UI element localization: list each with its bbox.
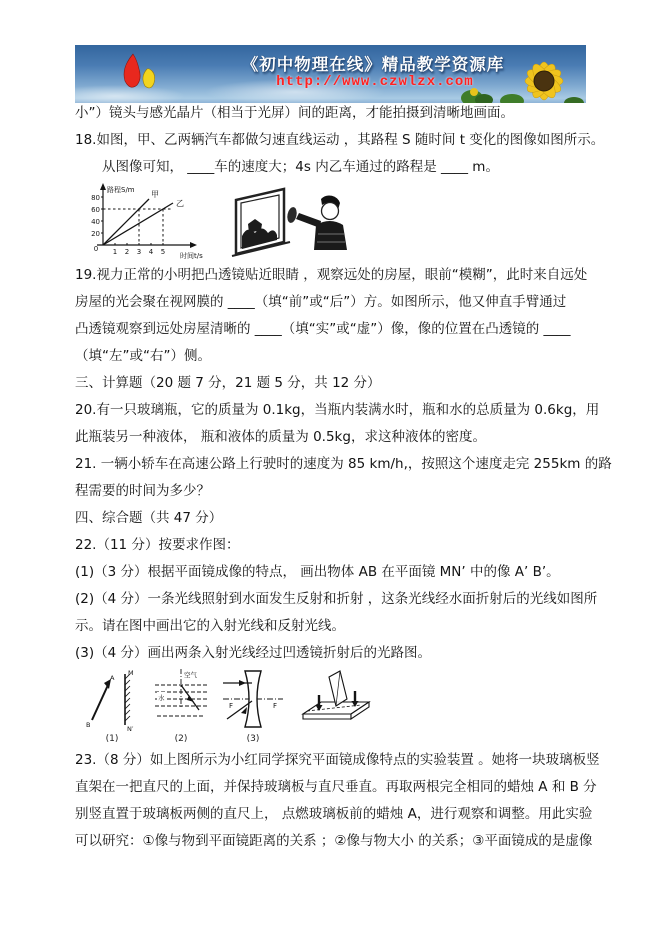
section-3-title: 三、计算题（20 题 7 分，21 题 5 分，共 12 分） bbox=[75, 370, 593, 397]
svg-text:20: 20 bbox=[91, 230, 100, 238]
graph-xlabel: 时间t/s bbox=[180, 251, 203, 260]
sunflower-image bbox=[498, 51, 584, 103]
site-logo-icon bbox=[117, 53, 161, 95]
svg-text:N′: N′ bbox=[127, 725, 134, 733]
exam-content: 小”）镜头与感光晶片（相当于光屏）间的距离，才能拍摄到清晰地画面。 18.如图，… bbox=[75, 100, 593, 855]
q23-apparatus-figure bbox=[299, 670, 373, 732]
q18-distance-time-graph: 80 60 40 20 1 2 3 4 5 0 bbox=[83, 181, 218, 262]
graph-ylabel: 路程S/m bbox=[107, 185, 135, 194]
text-line-q19-3: 凸透镜观察到远处房屋清晰的 ____（填“实”或“虚”）像，像的位置在凸透镜的 … bbox=[75, 316, 593, 343]
concave-lens-figure: F F bbox=[221, 667, 285, 733]
q18-q19-figure-row: 80 60 40 20 1 2 3 4 5 0 bbox=[75, 181, 593, 262]
svg-text:空气: 空气 bbox=[184, 670, 198, 679]
q19-lens-illustration bbox=[228, 184, 358, 262]
series-label-jia: 甲 bbox=[151, 190, 159, 199]
svg-text:80: 80 bbox=[91, 194, 100, 202]
svg-text:40: 40 bbox=[91, 218, 100, 226]
svg-text:水: 水 bbox=[158, 693, 165, 702]
text-line-q23-4: 可以研究：①像与物到平面镜距离的关系 ；②像与物大小 的关系；③平面镜成的是虚像 bbox=[75, 828, 593, 855]
text-line-q19-1: 19.视力正常的小明把凸透镜贴近眼睛 ，观察远处的房屋，眼前“模糊”，此时来自远… bbox=[75, 262, 593, 289]
svg-text:3: 3 bbox=[137, 248, 141, 256]
text-line-q19-2: 房屋的光会聚在视网膜的 ____（填“前”或“后”）方。如图所示，他又伸直手臂通… bbox=[75, 289, 593, 316]
svg-text:4: 4 bbox=[149, 248, 154, 256]
svg-text:F: F bbox=[229, 702, 233, 710]
text-line-q21-1: 21. 一辆小轿车在高速公路上行驶时的速度为 85 km/h,，按照这个速度走完… bbox=[75, 451, 593, 478]
text-line-q18-2: 从图像可知， ____车的速度大；4s 内乙车通过的路程是 ____ m。 bbox=[75, 154, 593, 181]
svg-text:B: B bbox=[86, 721, 90, 729]
series-label-yi: 乙 bbox=[176, 199, 184, 208]
text-line-q17-end: 小”）镜头与感光晶片（相当于光屏）间的距离，才能拍摄到清晰地画面。 bbox=[75, 100, 593, 127]
svg-text:5: 5 bbox=[161, 248, 165, 256]
svg-text:2: 2 bbox=[125, 248, 129, 256]
water-refraction-figure: 空气 水 bbox=[153, 667, 209, 733]
svg-text:1: 1 bbox=[113, 248, 117, 256]
text-line-q23-3: 别竖直置于玻璃板两侧的直尺上， 点燃玻璃板前的蜡烛 A，进行观察和调整。用此实验 bbox=[75, 801, 593, 828]
svg-text:M: M bbox=[128, 669, 134, 677]
text-line-q23-2: 直架在一把直尺的上面，并保持玻璃板与直尺垂直。再取两根完全相同的蜡烛 A 和 B… bbox=[75, 774, 593, 801]
text-line-q20-1: 20.有一只玻璃瓶，它的质量为 0.1kg，当瓶内装满水时，瓶和水的总质量为 0… bbox=[75, 397, 593, 424]
svg-text:A: A bbox=[110, 674, 115, 682]
exam-page: 《初中物理在线》精品教学资源库 http://www.czwlzx.com bbox=[0, 0, 661, 935]
text-line-q22-head: 22.（11 分）按要求作图： bbox=[75, 532, 593, 559]
figure-caption: (2) bbox=[175, 733, 188, 745]
q22-figure-row: A B M N′ (1) bbox=[75, 667, 593, 747]
q22-figure-3: F F (3) bbox=[221, 667, 285, 745]
svg-text:60: 60 bbox=[91, 206, 100, 214]
figure-caption: (3) bbox=[247, 733, 260, 745]
q22-figure-2: 空气 水 (2) bbox=[153, 667, 209, 745]
q22-figure-1: A B M N′ (1) bbox=[85, 667, 139, 745]
text-line-q22-part3: (3)（4 分）画出两条入射光线经过凹透镜折射后的光路图。 bbox=[75, 640, 593, 667]
text-line-q18-1: 18.如图，甲、乙两辆汽车都做匀速直线运动 ，其路程 S 随时间 t 变化的图像… bbox=[75, 127, 593, 154]
section-4-title: 四、综合题（共 47 分） bbox=[75, 505, 593, 532]
site-banner: 《初中物理在线》精品教学资源库 http://www.czwlzx.com bbox=[75, 45, 586, 103]
text-line-q23-1: 23.（8 分）如上图所示为小红同学探究平面镜成像特点的实验装置 。她将一块玻璃… bbox=[75, 747, 593, 774]
text-line-q22-part2b: 示。请在图中画出它的入射光线和反射光线。 bbox=[75, 613, 593, 640]
text-line-q22-part1: (1)（3 分）根据平面镜成像的特点， 画出物体 AB 在平面镜 MN’ 中的像… bbox=[75, 559, 593, 586]
svg-text:0: 0 bbox=[94, 245, 98, 253]
text-line-q19-4: （填“左”或“右”）侧。 bbox=[75, 343, 593, 370]
svg-text:F: F bbox=[273, 702, 277, 710]
mirror-and-arrow-figure: A B M N′ bbox=[85, 667, 139, 733]
text-line-q21-2: 程需要的时间为多少？ bbox=[75, 478, 593, 505]
text-line-q22-part2a: (2)（4 分）一条光线照射到水面发生反射和折射 ，这条光线经水面折射后的光线如… bbox=[75, 586, 593, 613]
glass-plate-experiment-figure bbox=[299, 670, 373, 732]
text-line-q20-2: 此瓶装另一种液体， 瓶和液体的质量为 0.5kg，求这种液体的密度。 bbox=[75, 424, 593, 451]
figure-caption: (1) bbox=[106, 733, 119, 745]
